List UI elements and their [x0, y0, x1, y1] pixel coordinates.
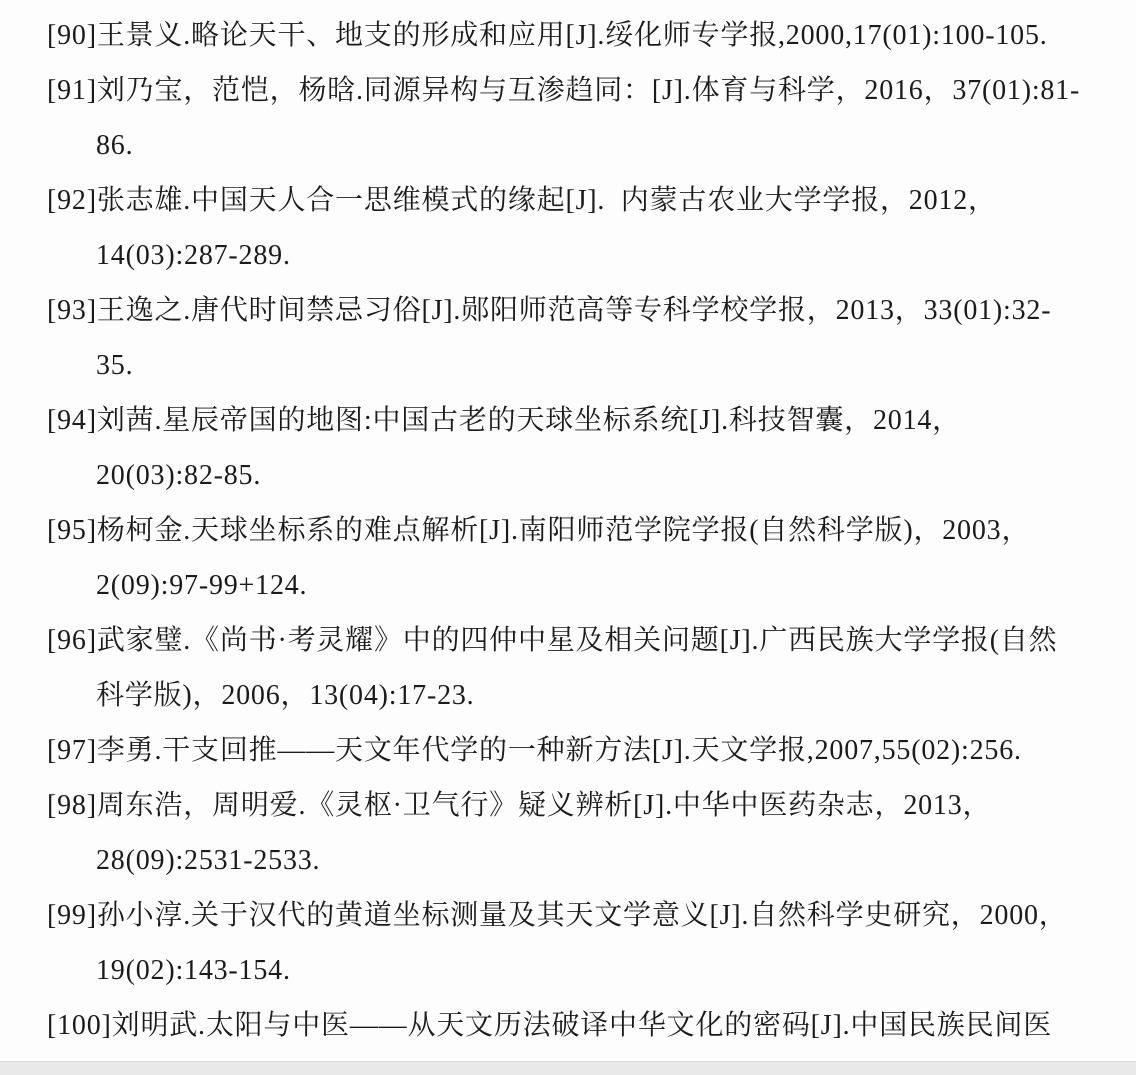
- reference-item-100: [100]刘明武.太阳与中医——从天文历法破译中华文化的密码[J].中国民族民间…: [0, 998, 1136, 1053]
- reference-line-continuation: 科学版)，2006，13(04):17-23.: [0, 668, 1136, 723]
- reference-text: 19(02):143-154.: [96, 955, 291, 986]
- reference-item-93: [93]王逸之.唐代时间禁忌习俗[J].郧阳师范高等专科学校学报，2013，33…: [0, 283, 1136, 393]
- reference-number: [91]: [47, 75, 97, 106]
- reference-text: 20(03):82-85.: [96, 460, 261, 491]
- reference-line-continuation: 2(09):97-99+124.: [0, 558, 1136, 613]
- reference-number: [93]: [47, 295, 97, 326]
- reference-number: [96]: [47, 625, 97, 656]
- reference-text: 刘茜.星辰帝国的地图:中国古老的天球坐标系统[J].科技智囊，2014，: [97, 405, 961, 436]
- reference-text: 86.: [96, 130, 133, 161]
- reference-item-92: [92]张志雄.中国天人合一思维模式的缘起[J]. 内蒙古农业大学学报，2012…: [0, 173, 1136, 283]
- reference-text: 周东浩，周明爱.《灵枢·卫气行》疑义辨析[J].中华中医药杂志，2013，: [97, 790, 991, 821]
- reference-text: 35.: [96, 350, 133, 381]
- reference-line-continuation: 35.: [0, 338, 1136, 393]
- reference-line-continuation: 28(09):2531-2533.: [0, 833, 1136, 888]
- reference-line: [99]孙小淳.关于汉代的黄道坐标测量及其天文学意义[J].自然科学史研究，20…: [0, 888, 1136, 943]
- reference-number: [97]: [47, 735, 97, 766]
- reference-line: [94]刘茜.星辰帝国的地图:中国古老的天球坐标系统[J].科技智囊，2014，: [0, 393, 1136, 448]
- reference-text: 李勇.干支回推——天文年代学的一种新方法[J].天文学报,2007,55(02)…: [97, 735, 1022, 766]
- reference-item-99: [99]孙小淳.关于汉代的黄道坐标测量及其天文学意义[J].自然科学史研究，20…: [0, 888, 1136, 998]
- reference-item-95: [95]杨柯金.天球坐标系的难点解析[J].南阳师范学院学报(自然科学版)，20…: [0, 503, 1136, 613]
- reference-text: 武家璧.《尚书·考灵耀》中的四仲中星及相关问题[J].广西民族大学学报(自然: [97, 625, 1058, 656]
- reference-line: [92]张志雄.中国天人合一思维模式的缘起[J]. 内蒙古农业大学学报，2012…: [0, 173, 1136, 228]
- reference-text: 王景义.略论天干、地支的形成和应用[J].绥化师专学报,2000,17(01):…: [97, 20, 1048, 51]
- bibliography-page: [90]王景义.略论天干、地支的形成和应用[J].绥化师专学报,2000,17(…: [0, 0, 1136, 1075]
- reference-number: [92]: [47, 185, 97, 216]
- reference-text: 杨柯金.天球坐标系的难点解析[J].南阳师范学院学报(自然科学版)，2003，: [97, 515, 1030, 546]
- reference-item-90: [90]王景义.略论天干、地支的形成和应用[J].绥化师专学报,2000,17(…: [0, 8, 1136, 63]
- reference-line: [98]周东浩，周明爱.《灵枢·卫气行》疑义辨析[J].中华中医药杂志，2013…: [0, 778, 1136, 833]
- reference-line: [100]刘明武.太阳与中医——从天文历法破译中华文化的密码[J].中国民族民间…: [0, 998, 1136, 1053]
- reference-line: [95]杨柯金.天球坐标系的难点解析[J].南阳师范学院学报(自然科学版)，20…: [0, 503, 1136, 558]
- reference-item-98: [98]周东浩，周明爱.《灵枢·卫气行》疑义辨析[J].中华中医药杂志，2013…: [0, 778, 1136, 888]
- reference-number: [99]: [47, 900, 97, 931]
- reference-number: [94]: [47, 405, 97, 436]
- reference-number: [100]: [47, 1010, 112, 1041]
- page-bottom-edge: [0, 1061, 1136, 1075]
- reference-line: [96]武家璧.《尚书·考灵耀》中的四仲中星及相关问题[J].广西民族大学学报(…: [0, 613, 1136, 668]
- reference-text: 2(09):97-99+124.: [96, 570, 307, 601]
- reference-text: 14(03):287-289.: [96, 240, 291, 271]
- reference-text: 28(09):2531-2533.: [96, 845, 320, 876]
- reference-line: [93]王逸之.唐代时间禁忌习俗[J].郧阳师范高等专科学校学报，2013，33…: [0, 283, 1136, 338]
- reference-line: [91]刘乃宝，范恺，杨晗.同源异构与互渗趋同：[J].体育与科学，2016，3…: [0, 63, 1136, 118]
- reference-text: 刘明武.太阳与中医——从天文历法破译中华文化的密码[J].中国民族民间医: [112, 1010, 1052, 1041]
- reference-item-96: [96]武家璧.《尚书·考灵耀》中的四仲中星及相关问题[J].广西民族大学学报(…: [0, 613, 1136, 723]
- reference-line: [97]李勇.干支回推——天文年代学的一种新方法[J].天文学报,2007,55…: [0, 723, 1136, 778]
- reference-text: 刘乃宝，范恺，杨晗.同源异构与互渗趋同：[J].体育与科学，2016，37(01…: [97, 75, 1080, 106]
- reference-item-97: [97]李勇.干支回推——天文年代学的一种新方法[J].天文学报,2007,55…: [0, 723, 1136, 778]
- reference-line-continuation: 86.: [0, 118, 1136, 173]
- reference-number: [90]: [47, 20, 97, 51]
- reference-text: 王逸之.唐代时间禁忌习俗[J].郧阳师范高等专科学校学报，2013，33(01)…: [97, 295, 1052, 326]
- reference-line: [90]王景义.略论天干、地支的形成和应用[J].绥化师专学报,2000,17(…: [0, 8, 1136, 63]
- reference-line-continuation: 19(02):143-154.: [0, 943, 1136, 998]
- reference-text: 张志雄.中国天人合一思维模式的缘起[J]. 内蒙古农业大学学报，2012，: [97, 185, 997, 216]
- reference-list: [90]王景义.略论天干、地支的形成和应用[J].绥化师专学报,2000,17(…: [0, 8, 1136, 1053]
- reference-item-91: [91]刘乃宝，范恺，杨晗.同源异构与互渗趋同：[J].体育与科学，2016，3…: [0, 63, 1136, 173]
- reference-number: [98]: [47, 790, 97, 821]
- reference-text: 孙小淳.关于汉代的黄道坐标测量及其天文学意义[J].自然科学史研究，2000，: [97, 900, 1068, 931]
- reference-number: [95]: [47, 515, 97, 546]
- reference-text: 科学版)，2006，13(04):17-23.: [96, 680, 474, 711]
- reference-item-94: [94]刘茜.星辰帝国的地图:中国古老的天球坐标系统[J].科技智囊，2014，…: [0, 393, 1136, 503]
- reference-line-continuation: 20(03):82-85.: [0, 448, 1136, 503]
- reference-line-continuation: 14(03):287-289.: [0, 228, 1136, 283]
